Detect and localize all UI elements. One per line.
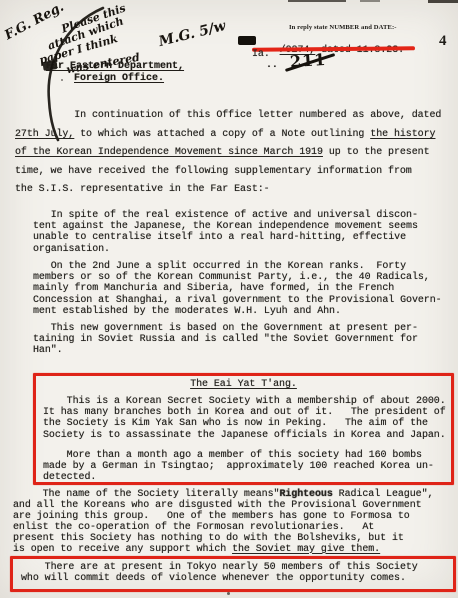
- scan-artifact: [428, 0, 458, 3]
- typed-paragraph-3: On the 2nd June a split occurred in the …: [33, 261, 442, 317]
- handwritten-note: M.G. 5/w: [157, 18, 227, 50]
- reply-instruction-label: In reply state NUMBER and DATE:-: [289, 24, 397, 31]
- office-line: Foreign Office.: [74, 73, 164, 84]
- redaction-mark: [238, 36, 256, 45]
- highlight-box-society: The Eai Yat T'ang. This is a Korean Secr…: [33, 373, 454, 485]
- section-heading: The Eai Yat T'ang.: [36, 379, 451, 390]
- index-mark: Ia.: [252, 49, 270, 60]
- typed-paragraph-5: This is a Korean Secret Society with a m…: [43, 396, 446, 441]
- highlight-box-tokyo: There are at present in Tokyo nearly 50 …: [10, 556, 456, 592]
- typed-paragraph-2: In spite of the real existence of active…: [33, 210, 418, 255]
- cancelled-number-dots: ..: [266, 60, 278, 71]
- scan-artifact: [360, 0, 380, 2]
- scan-artifact: [227, 592, 230, 595]
- typed-paragraph-7: The name of the Society literally means"…: [13, 490, 433, 555]
- typed-paragraph-4: This new government is based on the Gove…: [33, 323, 418, 357]
- typed-paragraph-1: In continuation of this Office letter nu…: [15, 107, 441, 200]
- scan-artifact: [288, 0, 346, 2]
- typed-paragraph-8: There are at present in Tokyo nearly 50 …: [21, 562, 418, 584]
- scan-artifact: [61, 79, 63, 81]
- department-line: Far Eastern Department,: [46, 61, 184, 72]
- page-number: 4: [439, 33, 447, 50]
- document-page: F.G. Reg. Please this attach which paper…: [0, 0, 458, 598]
- typed-paragraph-6: More than a month ago a member of this s…: [43, 450, 434, 484]
